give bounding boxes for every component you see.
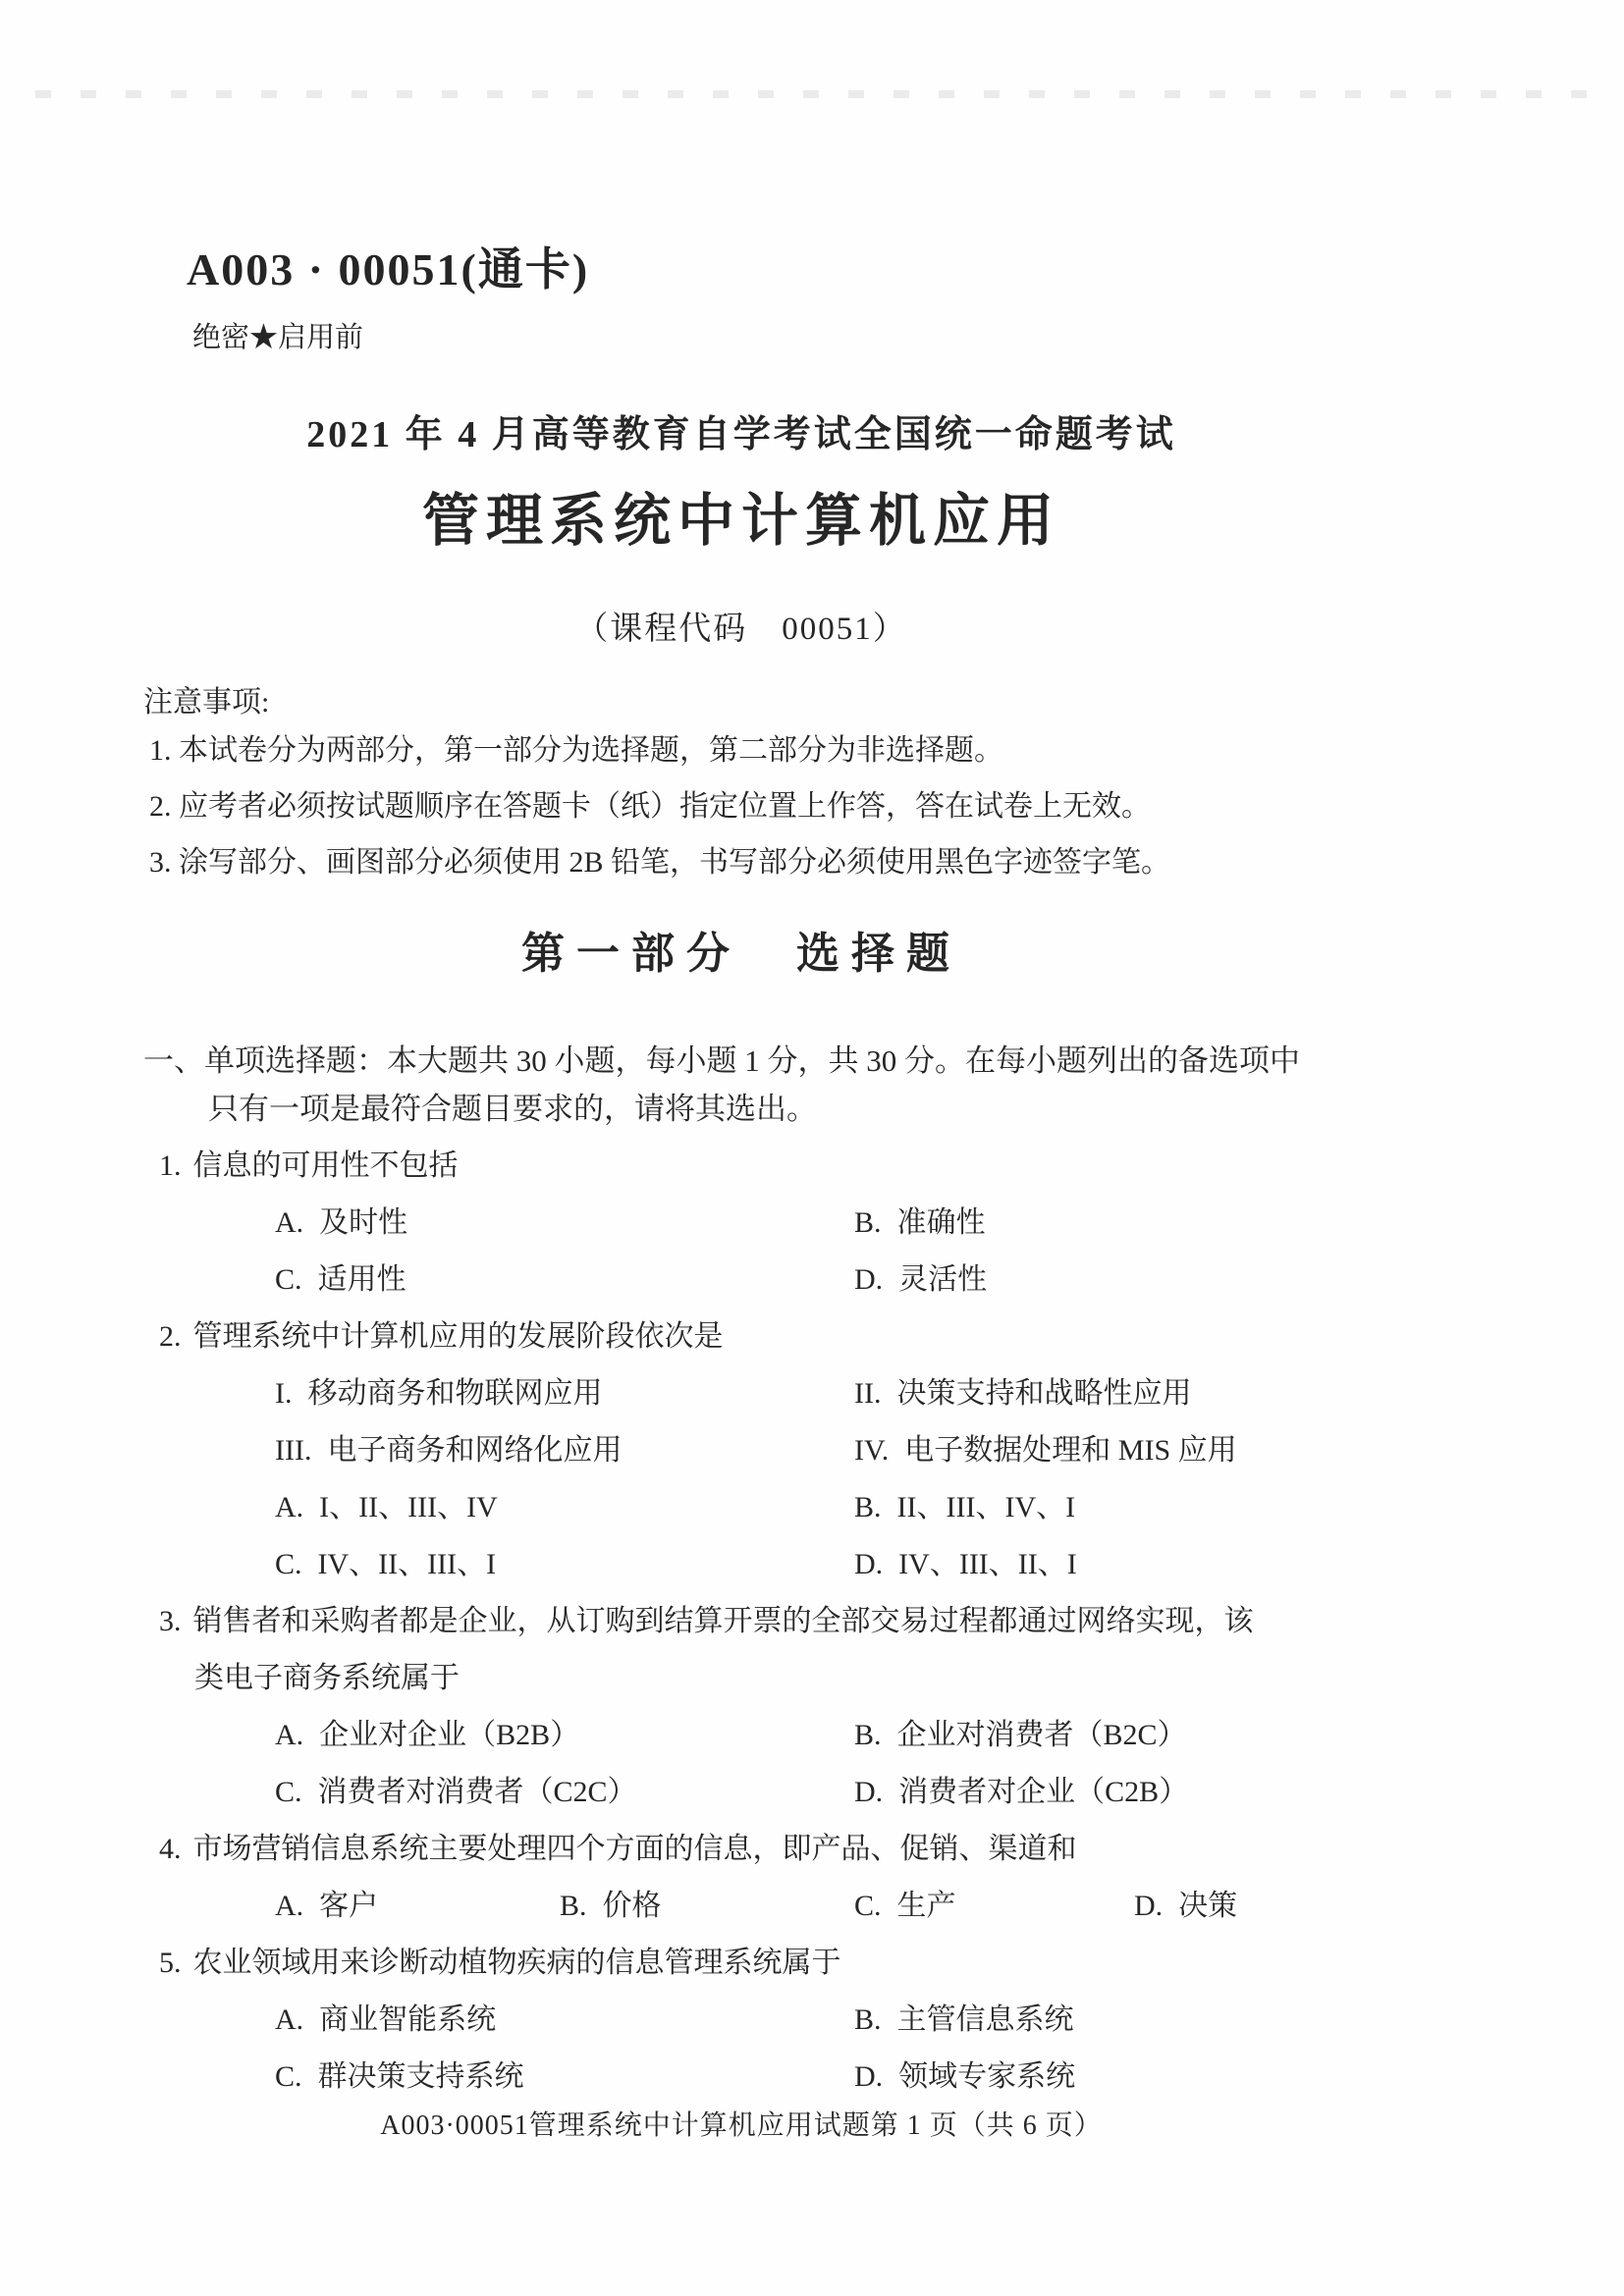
option-text: IV、II、III、I <box>318 1548 497 1580</box>
roman-item-row: III.电子商务和网络化应用 IV.电子数据处理和 MIS 应用 <box>275 1422 1624 1479</box>
option-b: B.价格 <box>560 1878 854 1935</box>
option-label: B. <box>854 1491 882 1523</box>
question-stem: 1.信息的可用性不包括 <box>159 1138 1624 1195</box>
page-title: 管理系统中计算机应用 <box>0 485 1483 558</box>
option-text: 客户 <box>319 1890 378 1922</box>
question-number: 5. <box>159 1947 182 1979</box>
option-row: C.IV、II、III、I D.IV、III、II、I <box>275 1536 1624 1593</box>
option-d: D.IV、III、II、I <box>854 1536 1077 1593</box>
option-text: 价格 <box>603 1890 662 1922</box>
option-a: A.商业智能系统 <box>275 1992 854 2049</box>
option-label: D. <box>854 1263 883 1296</box>
question-1: 1.信息的可用性不包括 A.及时性 B.准确性 C.适用性 D.灵活性 <box>0 1138 1624 1308</box>
option-row: A.及时性 B.准确性 <box>275 1195 1624 1252</box>
item-label: III. <box>275 1434 311 1467</box>
option-label: D. <box>854 2060 883 2093</box>
option-b: B.主管信息系统 <box>854 1992 1074 2049</box>
option-row: C.群决策支持系统 D.领域专家系统 <box>275 2049 1624 2106</box>
option-a: A.I、II、III、IV <box>275 1479 854 1536</box>
option-label: C. <box>275 2060 302 2093</box>
question-text: 农业领域用来诊断动植物疾病的信息管理系统属于 <box>193 1947 841 1979</box>
scan-artifact <box>35 90 1587 98</box>
roman-item-4: IV.电子数据处理和 MIS 应用 <box>854 1422 1237 1479</box>
question-3: 3.销售者和采购者都是企业，从订购到结算开票的全部交易过程都通过网络实现，该 类… <box>0 1593 1624 1821</box>
option-row: C.消费者对消费者（C2C） D.消费者对企业（C2B） <box>275 1764 1624 1821</box>
option-d: D.消费者对企业（C2B） <box>854 1764 1188 1821</box>
item-label: II. <box>854 1377 881 1410</box>
option-d: D.领域专家系统 <box>854 2049 1075 2106</box>
question-text: 销售者和采购者都是企业，从订购到结算开票的全部交易过程都通过网络实现，该 <box>193 1605 1254 1637</box>
section-instructions-line2: 只有一项是最符合题目要求的，请将其选出。 <box>208 1081 1624 1138</box>
item-text: 电子商务和网络化应用 <box>327 1434 622 1467</box>
option-text: 商业智能系统 <box>319 2003 496 2036</box>
option-text: 企业对企业（B2B） <box>319 1719 579 1751</box>
question-stem: 4.市场营销信息系统主要处理四个方面的信息，即产品、促销、渠道和 <box>159 1821 1624 1878</box>
item-label: I. <box>275 1377 293 1410</box>
question-2: 2.管理系统中计算机应用的发展阶段依次是 I.移动商务和物联网应用 II.决策支… <box>0 1308 1624 1593</box>
option-b: B.II、III、IV、I <box>854 1479 1075 1536</box>
option-text: I、II、III、IV <box>319 1491 498 1523</box>
option-text: 适用性 <box>318 1263 406 1296</box>
secrecy-notice: 绝密★启用前 <box>192 320 1624 355</box>
option-label: D. <box>854 1548 883 1580</box>
option-label: C. <box>854 1890 882 1922</box>
option-text: 消费者对企业（C2B） <box>898 1776 1188 1808</box>
roman-item-2: II.决策支持和战略性应用 <box>854 1365 1191 1422</box>
option-c: C.IV、II、III、I <box>275 1536 854 1593</box>
option-row: C.适用性 D.灵活性 <box>275 1252 1624 1308</box>
option-text: 决策 <box>1178 1890 1237 1922</box>
question-number: 4. <box>159 1833 182 1865</box>
paper-code: A003 · 00051(通卡) <box>187 0 1624 298</box>
option-row: A.商业智能系统 B.主管信息系统 <box>275 1992 1624 2049</box>
question-number: 3. <box>159 1605 182 1637</box>
option-c: C.生产 <box>854 1878 1134 1935</box>
option-label: C. <box>275 1263 302 1296</box>
roman-item-3: III.电子商务和网络化应用 <box>275 1422 854 1479</box>
roman-item-row: I.移动商务和物联网应用 II.决策支持和战略性应用 <box>275 1365 1624 1422</box>
question-stem: 2.管理系统中计算机应用的发展阶段依次是 <box>159 1308 1624 1365</box>
course-code: （课程代码 00051） <box>0 609 1483 650</box>
option-label: A. <box>275 1206 303 1239</box>
option-label: C. <box>275 1776 302 1808</box>
option-d: D.灵活性 <box>854 1252 987 1308</box>
option-label: A. <box>275 1491 303 1523</box>
option-text: IV、III、II、I <box>898 1548 1077 1580</box>
question-5: 5.农业领域用来诊断动植物疾病的信息管理系统属于 A.商业智能系统 B.主管信息… <box>0 1935 1624 2106</box>
option-c: C.适用性 <box>275 1252 854 1308</box>
option-text: 准确性 <box>897 1206 986 1239</box>
item-label: IV. <box>854 1434 889 1467</box>
question-text: 市场营销信息系统主要处理四个方面的信息，即产品、促销、渠道和 <box>193 1833 1077 1865</box>
question-stem: 3.销售者和采购者都是企业，从订购到结算开票的全部交易过程都通过网络实现，该 <box>159 1593 1624 1650</box>
question-number: 2. <box>159 1320 182 1353</box>
question-stem: 5.农业领域用来诊断动植物疾病的信息管理系统属于 <box>159 1935 1624 1992</box>
option-text: 生产 <box>897 1890 956 1922</box>
exam-paper-page: A003 · 00051(通卡) 绝密★启用前 2021 年 4 月高等教育自学… <box>0 0 1624 2296</box>
section-instructions-line1: 一、单项选择题：本大题共 30 小题，每小题 1 分，共 30 分。在每小题列出… <box>143 1041 1624 1081</box>
notice-item: 1. 本试卷分为两部分，第一部分为选择题，第二部分为非选择题。 <box>149 722 1624 778</box>
exam-session-title: 2021 年 4 月高等教育自学考试全国统一命题考试 <box>0 410 1483 459</box>
option-a: A.及时性 <box>275 1195 854 1252</box>
option-row: A.企业对企业（B2B） B.企业对消费者（B2C） <box>275 1707 1624 1764</box>
option-text: 企业对消费者（B2C） <box>897 1719 1187 1751</box>
section-title: 第一部分 选择题 <box>0 928 1483 981</box>
option-c: C.消费者对消费者（C2C） <box>275 1764 854 1821</box>
option-label: D. <box>854 1776 883 1808</box>
option-label: B. <box>560 1890 587 1922</box>
option-label: A. <box>275 2003 303 2036</box>
option-label: D. <box>1134 1890 1163 1922</box>
option-text: II、III、IV、I <box>897 1491 1076 1523</box>
option-text: 灵活性 <box>898 1263 987 1296</box>
option-label: B. <box>854 1206 882 1239</box>
option-label: C. <box>275 1548 302 1580</box>
roman-item-1: I.移动商务和物联网应用 <box>275 1365 854 1422</box>
option-a: A.企业对企业（B2B） <box>275 1707 854 1764</box>
option-row: A.I、II、III、IV B.II、III、IV、I <box>275 1479 1624 1536</box>
option-text: 消费者对消费者（C2C） <box>318 1776 637 1808</box>
notices-heading: 注意事项: <box>143 683 1624 722</box>
question-stem-continued: 类电子商务系统属于 <box>194 1650 1624 1707</box>
option-c: C.群决策支持系统 <box>275 2049 854 2106</box>
page-footer: A003·00051管理系统中计算机应用试题第 1 页（共 6 页） <box>0 2109 1553 2144</box>
option-label: B. <box>854 1719 882 1751</box>
option-text: 群决策支持系统 <box>318 2060 524 2093</box>
option-text: 主管信息系统 <box>897 2003 1074 2036</box>
notice-item: 3. 涂写部分、画图部分必须使用 2B 铅笔，书写部分必须使用黑色字迹签字笔。 <box>149 834 1624 890</box>
option-text: 领域专家系统 <box>898 2060 1075 2093</box>
notice-item: 2. 应考者必须按试题顺序在答题卡（纸）指定位置上作答，答在试卷上无效。 <box>149 778 1624 834</box>
option-b: B.准确性 <box>854 1195 986 1252</box>
option-text: 及时性 <box>319 1206 407 1239</box>
option-a: A.客户 <box>275 1878 560 1935</box>
item-text: 移动商务和物联网应用 <box>308 1377 603 1410</box>
option-label: B. <box>854 2003 882 2036</box>
option-row: A.客户 B.价格 C.生产 D.决策 <box>275 1878 1624 1935</box>
question-4: 4.市场营销信息系统主要处理四个方面的信息，即产品、促销、渠道和 A.客户 B.… <box>0 1821 1624 1935</box>
option-label: A. <box>275 1890 303 1922</box>
option-d: D.决策 <box>1134 1878 1237 1935</box>
item-text: 决策支持和战略性应用 <box>896 1377 1191 1410</box>
question-number: 1. <box>159 1149 182 1182</box>
notices: 注意事项: 1. 本试卷分为两部分，第一部分为选择题，第二部分为非选择题。 2.… <box>0 683 1624 890</box>
question-text: 管理系统中计算机应用的发展阶段依次是 <box>193 1320 724 1353</box>
question-text: 信息的可用性不包括 <box>193 1149 459 1182</box>
option-label: A. <box>275 1719 303 1751</box>
option-b: B.企业对消费者（B2C） <box>854 1707 1187 1764</box>
item-text: 电子数据处理和 MIS 应用 <box>904 1434 1236 1467</box>
